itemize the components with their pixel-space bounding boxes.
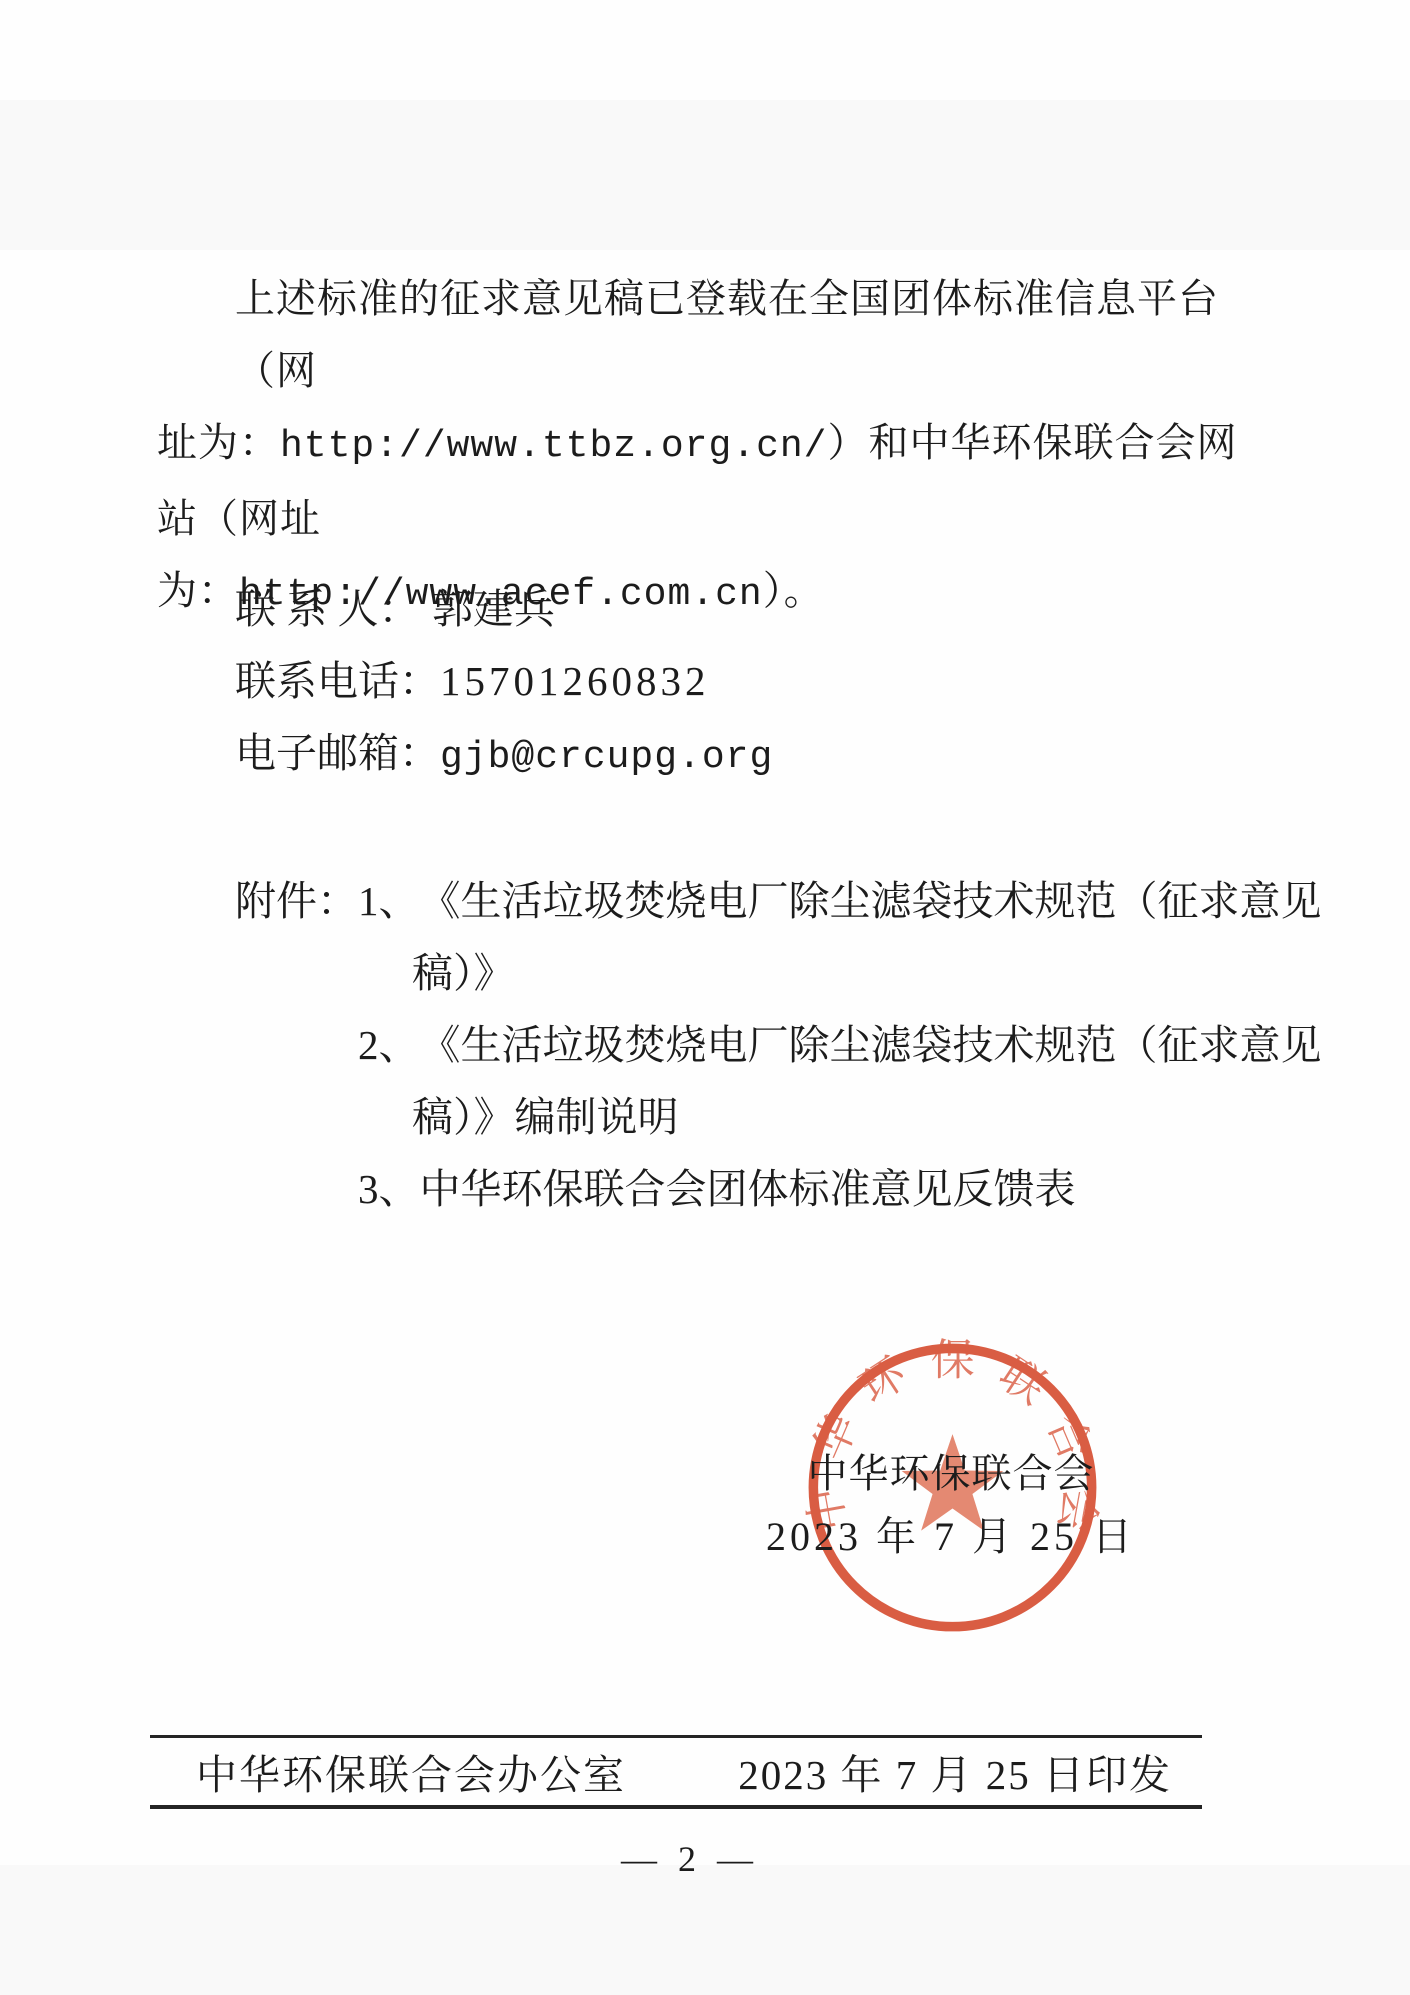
contact-email-label: 电子邮箱：	[235, 717, 440, 789]
paragraph-line: 址为：http://www.ttbz.org.cn/）和中华环保联合会网站（网址	[157, 407, 1277, 555]
contact-phone-row: 联系电话：15701260832	[235, 645, 773, 717]
contact-person-row: 联 系 人：郭建兵	[235, 573, 773, 645]
contact-email-value: gjb@crcupg.org	[440, 736, 773, 779]
url-ttbz: http://www.ttbz.org.cn/	[280, 425, 828, 468]
footer-issuing-office: 中华环保联合会办公室	[196, 1742, 626, 1801]
attachment-item-2-number: 2、	[358, 1009, 420, 1081]
footer-print-date: 2023 年 7 月 25 日印发	[738, 1742, 1172, 1801]
contact-phone-value: 15701260832	[440, 658, 710, 704]
attachments-label: 附件：	[235, 865, 358, 1225]
document-page: 上述标准的征求意见稿已登载在全国团体标准信息平台（网 址为：http://www…	[0, 0, 1410, 1995]
attachment-item-2-line-2: 稿）》编制说明	[358, 1081, 1322, 1153]
attachment-item-2-title: 《生活垃圾焚烧电厂除尘滤袋技术规范（征求意见	[420, 1022, 1322, 1068]
signature-date: 2023 年 7 月 25 日	[740, 1505, 1162, 1562]
contact-email-row: 电子邮箱：gjb@crcupg.org	[235, 717, 773, 794]
attachment-item-3-number: 3、	[358, 1153, 420, 1225]
attachment-item-1-line-1: 1、《生活垃圾焚烧电厂除尘滤袋技术规范（征求意见	[358, 865, 1322, 937]
attachments-block: 附件： 1、《生活垃圾焚烧电厂除尘滤袋技术规范（征求意见 稿）》 2、《生活垃圾…	[235, 865, 1322, 1225]
scan-texture-band	[0, 100, 1410, 250]
attachments-list: 1、《生活垃圾焚烧电厂除尘滤袋技术规范（征求意见 稿）》 2、《生活垃圾焚烧电厂…	[358, 865, 1322, 1225]
contact-phone-label: 联系电话：	[235, 645, 440, 717]
contact-person-value: 郭建兵	[432, 586, 555, 632]
signature-org: 中华环保联合会	[760, 1442, 1142, 1499]
page-number: — 2 —	[0, 1838, 1380, 1880]
attachment-item-2-line-1: 2、《生活垃圾焚烧电厂除尘滤袋技术规范（征求意见	[358, 1009, 1322, 1081]
paragraph-text: 址为：	[157, 420, 280, 465]
paragraph-line: 上述标准的征求意见稿已登载在全国团体标准信息平台（网	[157, 263, 1277, 407]
attachment-item-1-number: 1、	[358, 865, 420, 937]
contact-person-label: 联 系 人：	[235, 573, 432, 645]
contact-block: 联 系 人：郭建兵 联系电话：15701260832 电子邮箱：gjb@crcu…	[235, 573, 773, 794]
scan-texture-band	[0, 1865, 1410, 1995]
footer-bar: 中华环保联合会办公室 2023 年 7 月 25 日印发	[150, 1735, 1202, 1809]
paragraph-text: 为：	[157, 568, 239, 613]
attachment-item-3-line-1: 3、中华环保联合会团体标准意见反馈表	[358, 1153, 1322, 1225]
attachment-item-1-title: 《生活垃圾焚烧电厂除尘滤袋技术规范（征求意见	[420, 878, 1322, 924]
attachment-item-1-line-2: 稿）》	[358, 937, 1322, 1009]
attachment-item-3-title: 中华环保联合会团体标准意见反馈表	[420, 1166, 1076, 1212]
